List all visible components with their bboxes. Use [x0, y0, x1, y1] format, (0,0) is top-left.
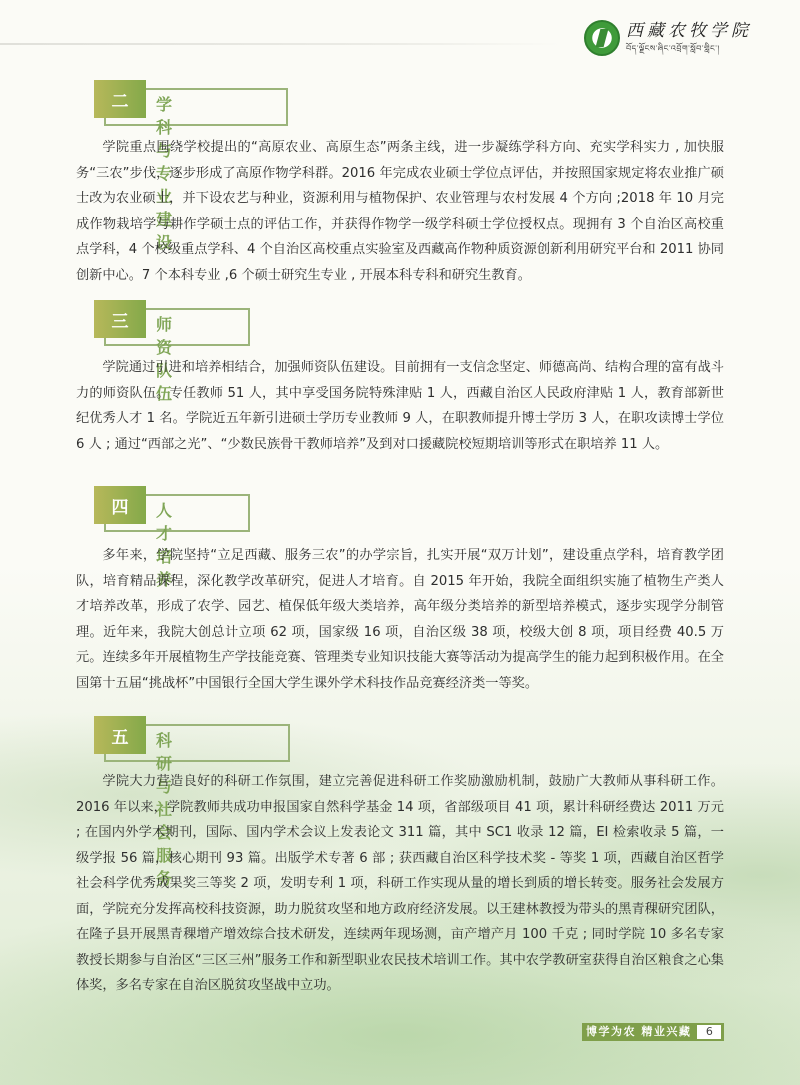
page-number: 6 — [697, 1025, 721, 1039]
footer-slogan-tag: 博学为农 精业兴藏 6 — [582, 1023, 724, 1041]
header-rule — [0, 43, 560, 45]
section-body-4: 多年来，学院坚持“立足西藏、服务三农”的办学宗旨，扎实开展“双万计划”，建设重点… — [76, 543, 724, 696]
section-body-5: 学院大力营造良好的科研工作氛围，建立完善促进科研工作奖励激励机制，鼓励广大教师从… — [76, 769, 724, 999]
section-number-badge: 三 — [94, 300, 146, 338]
section-body-3: 学院通过引进和培养相结合，加强师资队伍建设。目前拥有一支信念坚定、师德高尚、结构… — [76, 355, 724, 457]
section-body-2: 学院重点围绕学校提出的“高原农业、高原生态”两条主线，进一步凝练学科方向、充实学… — [76, 135, 724, 288]
section-number-badge: 二 — [94, 80, 146, 118]
school-emblem-icon — [584, 20, 620, 56]
section-number-badge: 四 — [94, 486, 146, 524]
school-name-chinese: 西藏农牧学院 — [626, 23, 752, 40]
school-logo: 西藏农牧学院 བོད་ལྗོངས་ཞིང་འབྲོག་སློབ་གླིང་། — [584, 20, 752, 56]
footer-slogan: 博学为农 精业兴藏 — [586, 1025, 697, 1039]
school-name-tibetan: བོད་ལྗོངས་ཞིང་འབྲོག་སློབ་གླིང་། — [626, 45, 752, 53]
section-number-badge: 五 — [94, 716, 146, 754]
